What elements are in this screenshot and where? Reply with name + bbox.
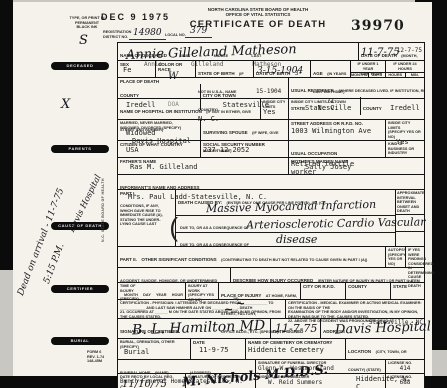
- occupation-label: USUAL OCCUPATION: [291, 151, 337, 156]
- marital-value: Widowed: [126, 130, 198, 138]
- autopsy-sublabel: (SPECIFY YES OR NO): [388, 253, 403, 267]
- field-date-received-local-registrar: DATE REC'D BY LOCAL REG. 11/10/75: [118, 374, 185, 388]
- field-date-signed: DATE SIGNED 11-7-75: [270, 319, 320, 338]
- tab-certifier: CERTIFIER: [51, 285, 109, 293]
- margin-hand-s: S: [79, 34, 88, 47]
- field-mother-name: MOTHER'S MAIDEN NAME Sally Josey: [288, 158, 424, 174]
- date-of-death-handwritten: 11-7-75: [361, 48, 400, 58]
- age-label: AGE: [313, 71, 323, 76]
- certificate-number: 39970: [351, 18, 405, 34]
- field-if-under-24-hours: IF UNDER 24 HOURS HOURS MIN.: [385, 61, 424, 77]
- certification-examiner-block: CERTIFICATION - MEDICAL EXAMINER OR ACTI…: [285, 300, 424, 318]
- injury-county-label: COUNTY: [348, 284, 388, 289]
- section-place-of-death: PLACE OF DEATH COUNTY Iredell CITY OR TO…: [118, 78, 288, 98]
- field-surviving-spouse: SURVIVING SPOUSE (IF WIFE, GIVE MAIDEN N…: [200, 120, 288, 140]
- part2-sublabel: (CONTRIBUTING TO DEATH BUT NOT RELATED T…: [221, 258, 367, 262]
- field-injury-state: STATE: [390, 283, 424, 299]
- street-address-label: STREET ADDRESS OR R.F.D. NO.: [291, 121, 383, 126]
- date-of-birth-handwritten: 3-15-1904: [257, 67, 303, 76]
- form-grid: NAME OF DECEASED FIRST MIDDLE LAST Annie…: [117, 42, 425, 388]
- under-1-year-label: IF UNDER 1 YEAR: [353, 62, 383, 71]
- field-autopsy-findings: IF YES WERE FINDINGS CONSIDERED IN DETER…: [405, 247, 424, 267]
- field-injury-county: COUNTY: [345, 283, 390, 299]
- father-value: Ras M. Gilleland: [130, 164, 286, 172]
- field-occupation: USUAL OCCUPATION (KIND OF WORK DONE DURI…: [288, 141, 385, 157]
- field-injury-at-work: INJURY AT WORK (SPECIFY YES OR NO): [185, 283, 218, 299]
- registration-district-label: REGISTRATION DISTRICT NO.: [103, 30, 131, 39]
- hospital-doa-note: DOA: [168, 102, 179, 109]
- under-1-year-months-label: MONTHS: [351, 73, 369, 78]
- field-state-of-birth: STATE OF BIRTH (IF NOT IN U.S.A., NAME C…: [195, 61, 253, 77]
- ssn-value: 237-12-2052: [203, 147, 286, 155]
- citizen-value: USA: [126, 147, 198, 155]
- state-of-birth-label: STATE OF BIRTH: [198, 71, 235, 76]
- field-registrar-signature: SIGNATURE OF REGISTRAR M. Nichols M.D.D.…: [185, 374, 255, 388]
- local-no-label: LOCAL NO.: [165, 33, 186, 38]
- location-label: LOCATION: [348, 349, 371, 354]
- interval-box-b: [396, 215, 424, 232]
- burial-type-value: Burial: [124, 349, 188, 357]
- under-24-hours-min-label: MIN.: [406, 73, 425, 78]
- certificate-page: DEC 9 1975 NORTH CAROLINA STATE BOARD OF…: [13, 2, 432, 376]
- inside-limits-label: INSIDE CITY LIMITS: [388, 121, 422, 130]
- part2-title: OTHER SIGNIFICANT CONDITIONS: [141, 257, 216, 262]
- director-license-value: 414: [388, 366, 422, 373]
- burial-date-value: 11-9-75: [199, 347, 243, 355]
- part1-label: PART I.: [120, 191, 173, 196]
- cemetery-label: NAME OF CEMETERY OR CREMATORY: [248, 340, 343, 345]
- examiner-cert-line2: EXAMINATION OF THE BODY AND/OR INVESTIGA…: [288, 310, 422, 319]
- injury-state-label: STATE: [393, 284, 422, 289]
- field-cemetery: NAME OF CEMETERY OR CREMATORY Hiddenite …: [245, 339, 345, 359]
- cause-line-a-handwritten: Massive Myocardial Infarction: [206, 199, 376, 214]
- field-embalmer-license: LICENSE NO. 688: [385, 374, 424, 388]
- field-cemetery-location: LOCATION (CITY, TOWN, OR COUNTY) (STATE)…: [345, 339, 424, 359]
- physician-cert-line1: CERTIFICATION - PHYSICIAN: I ATTENDED TH…: [120, 301, 283, 306]
- name-handwritten: Annie Gilleland Matheson: [126, 43, 297, 62]
- industry-label: KIND OF BUSINESS OR INDUSTRY: [388, 142, 422, 156]
- cause-conditions-column: PART I. CONDITIONS, IF ANY, WHICH GAVE R…: [118, 190, 175, 246]
- pod-county-label: COUNTY: [120, 93, 139, 98]
- field-sex: SEX Fe: [118, 61, 155, 77]
- field-name-of-deceased: NAME OF DECEASED FIRST MIDDLE LAST Annie…: [118, 43, 358, 60]
- interval-label: APPROXIMATE INTERVAL BETWEEN ONSET AND D…: [396, 190, 424, 200]
- certification-physician-block: CERTIFICATION - PHYSICIAN: I ATTENDED TH…: [118, 300, 285, 318]
- cemetery-value: Hiddenite Cemetery: [248, 347, 343, 355]
- cause-line-b: DUE TO, OR AS A CONSEQUENCE OF Arteriosc…: [176, 216, 395, 233]
- field-date-of-death: DATE OF DEATH (MONTH, DAY, YEAR) 12-7-75…: [358, 43, 424, 60]
- field-autopsy: AUTOPSY (SPECIFY YES OR NO): [385, 247, 405, 267]
- field-certifier-address: ADDRESS Statesville, NC Davis Hospital: [320, 319, 424, 338]
- field-informant: INFORMANT'S NAME AND ADDRESS Mrs. Paul L…: [118, 175, 424, 189]
- under-1-year-days-label: DAYS: [369, 73, 386, 78]
- date-received-handwritten: 11/10/75: [122, 380, 183, 388]
- local-no-value: 379: [185, 27, 212, 38]
- field-date-of-birth: DATE OF BIRTH 3-15-1904 3-15-1904: [253, 61, 310, 77]
- field-burial-type: BURIAL, CREMATION, OTHER (SPECIFY) Buria…: [118, 339, 190, 359]
- embalmer-license-value: 688: [388, 380, 422, 387]
- field-industry: KIND OF BUSINESS OR INDUSTRY: [385, 141, 424, 157]
- interval-column: APPROXIMATE INTERVAL BETWEEN ONSET AND D…: [395, 190, 424, 246]
- field-if-under-1-year: IF UNDER 1 YEAR MONTHS DAYS: [350, 61, 385, 77]
- injury-at-work-label: INJURY AT WORK: [188, 284, 216, 293]
- field-injury-city: CITY OR R.F.D.: [300, 283, 345, 299]
- mother-value: Sally Josey: [305, 164, 422, 172]
- section-usual-residence: USUAL RESIDENCE (WHERE DECEASED LIVED. I…: [288, 78, 424, 98]
- conditions-brace: (: [169, 212, 178, 243]
- field-pod-inside-city: INSIDE CITY LIMITS Yes: [260, 99, 288, 119]
- stub-board-vertical-text: N.C. STATE BOARD OF HEALTH: [101, 172, 105, 242]
- margin-note-time: 5:15 P.M.: [43, 243, 67, 286]
- street-address-value: 1003 Wilmington Ave: [291, 128, 383, 136]
- time-of-injury-columns: MONTH DAY YEAR HOUR: [124, 293, 183, 298]
- field-marital-status: MARRIED, NEVER MARRIED, WIDOWED, DIVORCE…: [118, 120, 200, 140]
- field-time-of-injury: TIME OF INJURY MONTH DAY YEAR HOUR: [118, 283, 185, 299]
- field-burial-date: DATE 11-9-75: [190, 339, 245, 359]
- date-of-death-typed: 12-7-75: [397, 48, 422, 55]
- scan-edge-left: [0, 0, 13, 270]
- field-citizen: CITIZEN OF WHAT COUNTRY USA: [118, 141, 200, 157]
- tab-burial: BURIAL: [51, 337, 109, 345]
- under-24-hours-hours-label: HOURS: [386, 73, 406, 78]
- cause-line-a: Massive Myocardial Infarction: [176, 201, 395, 216]
- time-of-injury-label: TIME OF INJURY: [120, 284, 135, 293]
- physician-scribble-1: ~: [236, 298, 245, 309]
- field-inside-city-limits: INSIDE CITY LIMITS (SPECIFY YES OR NO) Y…: [385, 120, 424, 140]
- autopsy-label: AUTOPSY: [388, 248, 403, 253]
- sex-value: Fe: [123, 67, 153, 75]
- certifier-address-handwritten: Davis Hospital: [335, 320, 431, 336]
- physician-scribble-2: ~: [224, 304, 233, 315]
- spouse-label: SURVIVING SPOUSE: [203, 130, 248, 135]
- field-age: AGE (IN YEARS LAST BIRTHDAY) 71: [310, 61, 350, 77]
- field-father-name: FATHER'S NAME Ras M. Gilleland: [118, 158, 288, 174]
- field-place-of-injury: PLACE OF INJURY AT HOME, FARM, STREET, F…: [218, 283, 300, 299]
- cause-lines-column: DEATH CAUSED BY: (ENTER ONLY ONE CAUSE P…: [175, 190, 395, 246]
- registration-district-value: 14980: [129, 29, 166, 40]
- form-number: FORM 6 REV. 1-74 148-45M: [87, 350, 104, 364]
- date-signed-handwritten: 11-7-75: [275, 323, 317, 334]
- pod-inside-city-value: Yes: [263, 109, 286, 117]
- conditions-note: CONDITIONS, IF ANY, WHICH GAVE RISE TO I…: [120, 204, 173, 227]
- injury-city-label: CITY OR R.F.D.: [303, 284, 343, 289]
- residence-section-sublabel: (WHERE DECEASED LIVED. IF INSTITUTION, R…: [338, 89, 424, 93]
- received-date-stamp: DEC 9 1975: [101, 12, 170, 22]
- certifier-signature-handwritten: B. L. Hamilton MD: [132, 319, 266, 338]
- field-accident-type: ACCIDENT, SUICIDE, HOMICIDE, OR UNDETERM…: [118, 268, 230, 282]
- interval-box-c: [396, 232, 424, 247]
- margin-hand-x: X: [61, 98, 70, 111]
- residence-city-value: Statesville: [305, 105, 422, 113]
- part2-label: PART II.: [120, 257, 137, 262]
- hospital-label: NAME OF HOSPITAL OR INSTITUTION: [120, 109, 202, 114]
- field-residence-city: INSIDE CITY LIMITS OF TOWN Statesville: [288, 99, 424, 119]
- office-name: OFFICE OF VITAL STATISTICS: [173, 12, 343, 17]
- field-color-or-race: COLOR OR RACE W: [155, 61, 195, 77]
- scan-edge-right: [431, 0, 447, 350]
- burial-date-label: DATE: [193, 340, 243, 345]
- under-24-hours-label: IF UNDER 24 HOURS: [388, 62, 422, 71]
- field-director-license: LICENSE NO. 414: [385, 360, 424, 373]
- cause-line-c-handwritten: disease: [276, 234, 317, 245]
- field-ssn: SOCIAL SECURITY NUMBER 237-12-2052: [200, 141, 288, 157]
- type-instruction: TYPE, OR PRINT IN PERMANENT BLACK INK: [65, 16, 109, 30]
- scanned-death-certificate: DEC 9 1975 NORTH CAROLINA STATE BOARD OF…: [0, 0, 447, 388]
- tab-deceased: DECEASED: [51, 62, 109, 70]
- field-street-address: STREET ADDRESS OR R.F.D. NO. 1003 Wilmin…: [288, 120, 385, 140]
- field-other-significant-conditions: PART II. OTHER SIGNIFICANT CONDITIONS (C…: [118, 247, 385, 267]
- field-describe-injury: DESCRIBE HOW INJURY OCCURRED (ENTER NATU…: [230, 268, 424, 282]
- pod-city-label: CITY OR TOWN: [203, 93, 236, 98]
- examiner-cert-line1: CERTIFICATION - MEDICAL EXAMINER OR ACTI…: [288, 301, 422, 310]
- field-signature-of-certifier: SIGNATURE OF CERTIFIER B. L. Hamilton MD: [118, 319, 270, 338]
- residence-section-label: USUAL RESIDENCE: [291, 88, 334, 93]
- tab-parents: PARENTS: [51, 145, 109, 153]
- cause-line-b-label: DUE TO, OR AS A CONSEQUENCE OF: [180, 226, 249, 230]
- field-hospital: NAME OF HOSPITAL OR INSTITUTION (IF NOT …: [118, 99, 260, 119]
